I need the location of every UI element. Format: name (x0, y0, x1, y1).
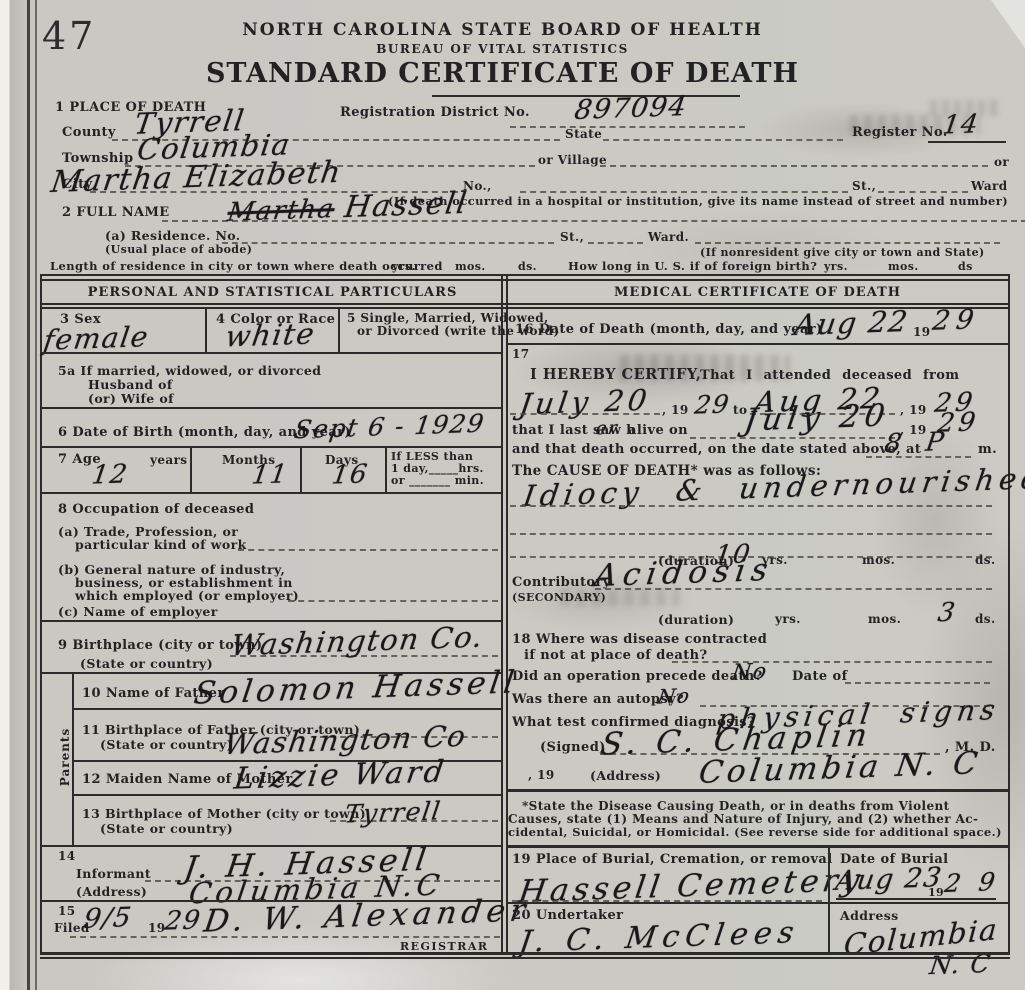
bleed-through-smudge (930, 100, 1000, 116)
occupation-c-label: (c) Name of employer (58, 604, 218, 619)
hospital-note: (If death occurred in a hospital or inst… (388, 194, 1008, 208)
rule (507, 789, 1008, 792)
rule (506, 276, 508, 954)
ds-label: ds (958, 260, 973, 273)
rule (40, 952, 1010, 955)
operation-value: No (730, 659, 769, 685)
undertaker-address-label: Address (840, 908, 899, 923)
duration2-label: (duration) (658, 612, 734, 627)
date-of-death-label: 16 Date of Death (month, day, and year) (515, 322, 823, 337)
less-than-line3: or _______ min. (391, 474, 484, 487)
rule (600, 165, 988, 167)
date-of-death-value: Aug 22 (792, 304, 911, 342)
to-19-label: , 19 (900, 403, 927, 417)
rule (507, 845, 1008, 848)
rule (40, 492, 502, 494)
rule (40, 276, 42, 954)
residence-label: (a) Residence. No. (105, 228, 241, 243)
death-certificate-scan: 47 NORTH CAROLINA STATE BOARD OF HEALTH … (0, 0, 1025, 990)
rule (40, 407, 502, 409)
rule (205, 309, 207, 352)
operation-date-label: Date of (792, 669, 848, 684)
state-label: State (565, 127, 602, 141)
rule (836, 898, 996, 900)
last-saw-value: July 20 (742, 397, 892, 438)
rule (1008, 276, 1010, 954)
filed-date-value: 9/5 (82, 902, 135, 935)
rule (510, 413, 660, 415)
length-residence-label: Length of residence in city or town wher… (50, 259, 443, 273)
mother-birthplace-value: Tyrrell (343, 796, 444, 828)
from-19-label: , 19 (662, 403, 689, 417)
rule (588, 242, 643, 244)
rule (510, 126, 745, 128)
item18-line1: 18 Where was disease contracted (512, 632, 767, 647)
age-years-label: years (150, 453, 187, 467)
birthplace-sub-label: (State or country) (80, 656, 213, 671)
operation-label: Did an operation precede death? (512, 669, 763, 684)
rule (300, 447, 302, 492)
item5a-line1: 5a If married, widowed, or divorced (58, 363, 321, 378)
rule (40, 352, 502, 354)
rule (73, 708, 502, 710)
rule (828, 845, 830, 952)
age-years-value: 12 (90, 459, 131, 490)
rule (338, 309, 340, 352)
rule (878, 191, 968, 193)
occupation-b-line3: which employed (or employer) (75, 588, 299, 603)
occupation-label: 8 Occupation of deceased (58, 502, 254, 517)
footnote-line3: cidental, Suicidal, or Homicidal. (See r… (508, 825, 1002, 839)
dod-19-label: 19 (913, 325, 931, 339)
certificate-title: STANDARD CERTIFICATE OF DEATH (40, 58, 965, 89)
rule (672, 661, 992, 663)
mother-birthplace-sub: (State or country) (100, 821, 233, 836)
full-name-struck: Martha (226, 194, 337, 228)
rule (507, 343, 1008, 345)
mother-name-value: Lizzie Ward (232, 754, 449, 796)
informant-label: Informant (76, 866, 151, 881)
registration-district-label: Registration District No. (340, 105, 530, 120)
rule (695, 242, 1000, 244)
registration-district-value: 897094 (572, 91, 689, 126)
rule (928, 141, 1006, 143)
last-saw-er: er (594, 418, 619, 440)
mos-label: mos. (888, 260, 919, 273)
undertaker-label: 20 Undertaker (512, 908, 623, 923)
us-length-label: How long in U. S. if of foreign birth? (568, 259, 817, 273)
rule (510, 505, 992, 507)
rule (40, 446, 502, 448)
county-label: County (62, 125, 116, 140)
rule (603, 139, 843, 141)
parents-group-label: Parents (58, 728, 72, 786)
rule (190, 447, 192, 492)
binding-line (27, 0, 30, 990)
header-org: NORTH CAROLINA STATE BOARD OF HEALTH (40, 20, 965, 40)
rule (73, 794, 502, 796)
residence-ward-label: Ward. (648, 230, 689, 244)
left-column-header: PERSONAL AND STATISTICAL PARTICULARS (45, 285, 500, 300)
or-village-label: or Village (538, 153, 607, 167)
header-bureau: BUREAU OF VITAL STATISTICS (40, 42, 965, 56)
rule (70, 936, 500, 938)
item17-number: 17 (512, 347, 530, 361)
bleed-through-smudge (620, 355, 790, 381)
right-column-header: MEDICAL CERTIFICATE OF DEATH (510, 285, 1005, 300)
item5a-line3: (or) Wife of (88, 391, 174, 406)
age-days-value: 16 (330, 459, 371, 490)
item5a-line2: Husband of (88, 377, 173, 392)
dod-year-value: 29 (931, 304, 982, 337)
full-name-surname: Hassell (342, 186, 470, 225)
bleed-through-smudge (850, 115, 980, 135)
death-time-value: 8 P (883, 427, 954, 459)
burial-year-value: 2 9 (943, 867, 1002, 898)
father-birthplace-sub: (State or country) (100, 737, 233, 752)
or-label: or (994, 155, 1009, 169)
occupation-a-line2: particular kind of work (75, 537, 247, 552)
footnote-line1: *State the Disease Causing Death, or in … (522, 799, 950, 813)
rule (845, 682, 990, 684)
binding-line (35, 0, 37, 990)
footnote-line2: Causes, state (1) Means and Nature of In… (508, 812, 978, 826)
signed-label: (Signed) (540, 740, 606, 755)
yrs-label: yrs. (824, 260, 848, 273)
alive-on-label: alive on (628, 423, 688, 438)
ward-label: Ward (971, 179, 1008, 193)
mos-label: mos. (455, 260, 486, 273)
rule (385, 447, 387, 492)
from-year-value: 29 (693, 389, 732, 419)
race-value: white (223, 316, 317, 353)
rule (238, 549, 498, 551)
address-label: (Address) (590, 768, 661, 783)
age-months-value: 11 (250, 459, 291, 490)
torn-corner (991, 0, 1025, 48)
st-label: St., (852, 179, 876, 193)
duration2-yrs-label: yrs. (775, 612, 801, 626)
duration1-ds-label: ds. (975, 553, 996, 567)
rule (507, 902, 1008, 904)
address-19-label: , 19 (528, 768, 555, 782)
duration2-ds-label: ds. (975, 612, 996, 626)
rule (510, 533, 992, 535)
duration1-mos-label: mos. (862, 553, 895, 567)
yrs-label: yrs. (392, 260, 416, 273)
ds-label: ds. (518, 260, 537, 273)
bleed-through-smudge (560, 588, 680, 606)
rule (501, 276, 503, 954)
autopsy-value: No (656, 683, 692, 708)
attended-from-value: July 20 (517, 383, 653, 422)
mother-birthplace-label: 13 Birthplace of Mother (city or town) (82, 806, 366, 821)
residence-st-label: St., (560, 230, 584, 244)
dob-value: Sept 6 - 1929 (292, 409, 486, 445)
rule (288, 600, 498, 602)
nonresident-note: (If nonresident give city or town and St… (700, 246, 985, 259)
filed-number: 15 (58, 904, 76, 918)
rule (40, 274, 1010, 276)
informant-address-label: (Address) (76, 884, 147, 899)
death-time-m-label: m. (978, 442, 997, 457)
duration2-value: 3 (936, 598, 958, 629)
duration2-mos-label: mos. (868, 612, 901, 626)
rule (520, 191, 848, 193)
rule (40, 279, 1010, 281)
filed-year-value: 29 (163, 905, 204, 936)
informant-number: 14 (58, 849, 76, 863)
full-name-label: 2 FULL NAME (62, 205, 170, 220)
rule (40, 957, 1010, 959)
rule (690, 437, 895, 439)
death-occurred-label: and that death occurred, on the date sta… (512, 442, 921, 457)
abode-note: (Usual place of abode) (105, 243, 252, 256)
rule (222, 242, 554, 244)
